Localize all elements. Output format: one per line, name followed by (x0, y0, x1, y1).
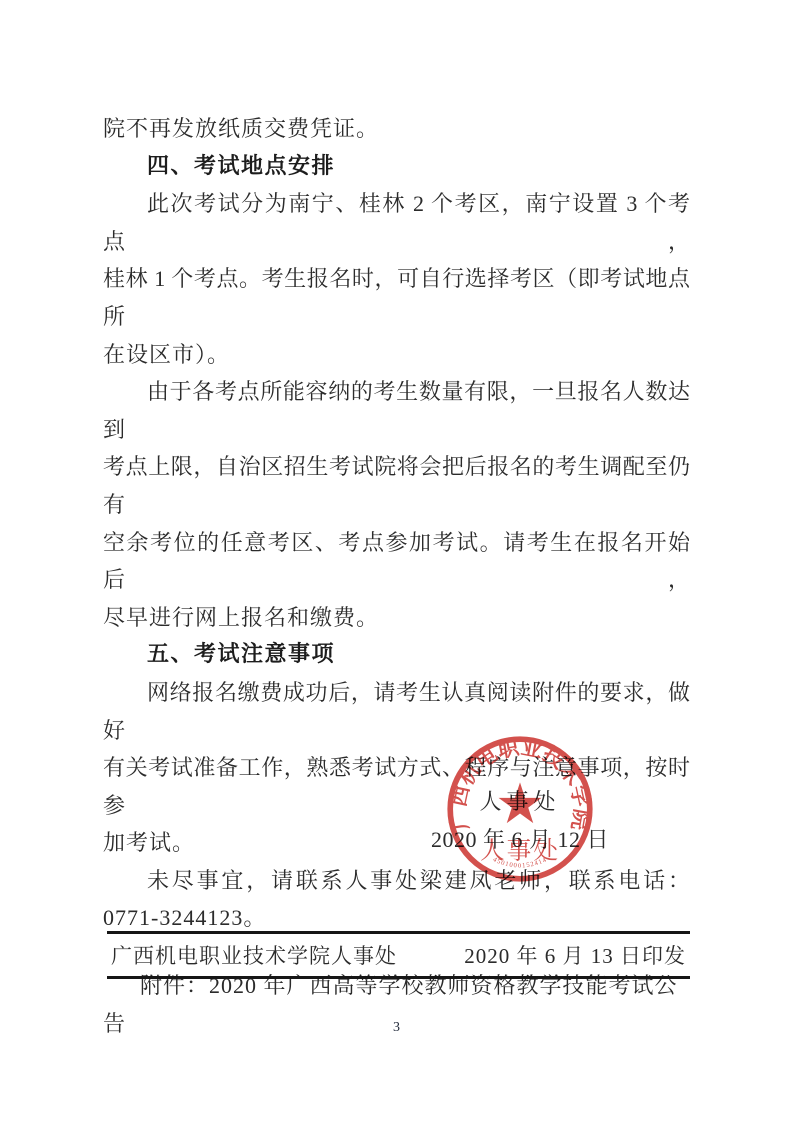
official-seal: 广西机电职业技术学院 人事处 4501000152414 (442, 731, 598, 887)
footer-print-date: 2020 年 6 月 13 日印发 (464, 940, 686, 970)
star-icon (499, 782, 542, 823)
footer-row: 广西机电职业技术学院人事处 2020 年 6 月 13 日印发 (107, 934, 690, 976)
seal-center-label: 人事处 (480, 836, 560, 864)
footer-issuer: 广西机电职业技术学院人事处 (111, 940, 397, 970)
section-heading-5: 五、考试注意事项 (103, 636, 690, 674)
footer: 广西机电职业技术学院人事处 2020 年 6 月 13 日印发 (107, 931, 690, 979)
body-line: 尽早进行网上报名和缴费。 (103, 599, 690, 637)
document-body: 院不再发放纸质交费凭证。 四、考试地点安排 此次考试分为南宁、桂林 2 个考区，… (103, 110, 690, 1042)
body-line: 未尽事宜，请联系人事处梁建凤老师，联系电话： (103, 862, 690, 900)
body-line: 院不再发放纸质交费凭证。 (103, 110, 690, 148)
body-line: 此次考试分为南宁、桂林 2 个考区，南宁设置 3 个考点， (103, 185, 690, 260)
document-page: 院不再发放纸质交费凭证。 四、考试地点安排 此次考试分为南宁、桂林 2 个考区，… (0, 0, 793, 1122)
body-line: 桂林 1 个考点。考生报名时，可自行选择考区（即考试地点所 (103, 260, 690, 335)
body-line: 网络报名缴费成功后，请考生认真阅读附件的要求，做好 (103, 674, 690, 749)
body-line: 空余考位的任意考区、考点参加考试。请考生在报名开始后， (103, 524, 690, 599)
section-heading-4: 四、考试地点安排 (103, 148, 690, 186)
page-number: 3 (0, 1020, 793, 1036)
body-line: 在设区市）。 (103, 336, 690, 374)
body-line: 由于各考点所能容纳的考生数量有限，一旦报名人数达到 (103, 373, 690, 448)
body-line: 考点上限，自治区招生考试院将会把后报名的考生调配至仍有 (103, 448, 690, 523)
footer-rule-bottom (107, 976, 690, 979)
